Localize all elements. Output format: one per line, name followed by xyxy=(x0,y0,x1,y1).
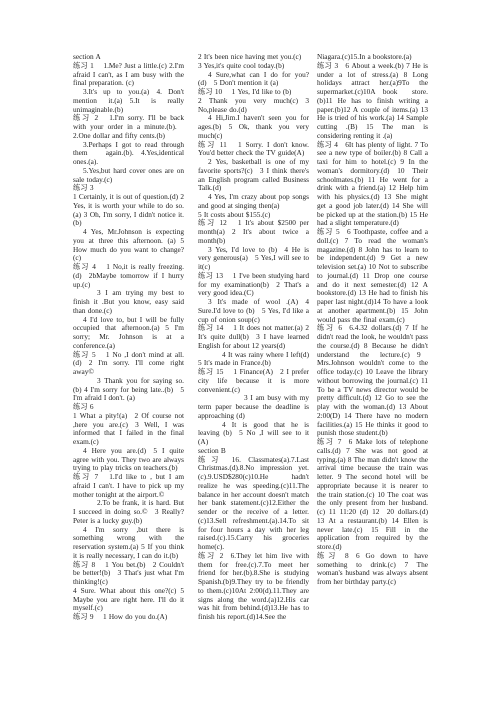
answer-paragraph: 4 Here you are.(d) 5 I quite agree with … xyxy=(73,447,184,473)
column-left: section A 练习 1 1.Me? Just a little.(c) 2… xyxy=(73,53,184,622)
answer-paragraph: 4 Sure. What about this one?(c) 5 Maybe … xyxy=(73,587,184,613)
answer-paragraph: 4 I'm sorry ,but there is something wron… xyxy=(73,526,184,561)
answer-paragraph: 4 Hi,Jim.I haven't seen you for ages.(b)… xyxy=(198,114,309,140)
answer-paragraph: 练习 14 1 It does not matter.(a) 2 It's qu… xyxy=(198,324,309,350)
answer-paragraph: 1 Certainly, it is out of question.(d) 2… xyxy=(73,193,184,228)
answer-paragraph: 2 Yes, basketball is one of my favorite … xyxy=(198,158,309,193)
answer-paragraph: 练习 2 6.They let him live with them for f… xyxy=(198,552,309,622)
answer-paragraph: 练习 3 6 About a week.(b) 7 He is under a … xyxy=(317,62,428,141)
column-middle: 2 It's been nice having met you.(c) 3 Ye… xyxy=(198,53,309,622)
answer-paragraph: 3 Yes, I'd love to (b) 4 He is very gene… xyxy=(198,246,309,272)
answer-paragraph: 3.Perhaps I got to read through them aga… xyxy=(73,141,184,167)
answer-paragraph: 练习 4 1 No,it is really freezing.(d) 2bMa… xyxy=(73,263,184,289)
answer-paragraph: 练习 5 1 No ,I don't mind at all.(d) 2 I'm… xyxy=(73,351,184,377)
answer-paragraph: 3.It's up to you.(a) 4. Don't mention it… xyxy=(73,88,184,114)
answer-paragraph: 练习 7 6 Make lots of telephone calls.(d) … xyxy=(317,438,428,552)
answer-paragraph: 练习 11 1 Sorry. I don't know. You'd bette… xyxy=(198,141,309,159)
answer-paragraph: 4 I'd love to, but I will be fully occup… xyxy=(73,316,184,351)
answer-paragraph: 练习 6 6.4.32 dollars.(d) 7 If he didn't r… xyxy=(317,324,428,438)
answer-paragraph: 练习 8 1 You bet.(b) 2 Couldn't be better!… xyxy=(73,561,184,587)
answer-paragraph: 4 Yes, Mr.Johnson is expecting you at th… xyxy=(73,228,184,263)
answer-paragraph: 练习 16. Classmates(a).7.Last Christmas.(d… xyxy=(198,456,309,552)
answer-paragraph: 练习 12 1 It's about $2500 per month(a) 2 … xyxy=(198,219,309,245)
answer-paragraph: 3 It's made of wool .(A) 4 Sure.I'd love… xyxy=(198,298,309,324)
answer-paragraph: 3 Thank you for saying so.(b) 4 I'm sorr… xyxy=(73,377,184,403)
answer-paragraph: 4 Sure,what can I do for you?(d) 5 Don't… xyxy=(198,71,309,89)
answer-paragraph: 2.To be frank, it is hard. But I succeed… xyxy=(73,499,184,525)
answer-paragraph: 练习 8 6 Go down to have something to drin… xyxy=(317,552,428,587)
answer-paragraph: 练习 15 1 Finance(A) 2 I prefer city life … xyxy=(198,368,309,394)
answer-paragraph: 练习 7 1.I'd like to , but I am afraid I c… xyxy=(73,473,184,499)
answer-paragraph: 练习 9 1 How do you do.(A) xyxy=(73,613,184,622)
answer-paragraph: 5.Yes,but hard cover ones are on sale to… xyxy=(73,167,184,185)
column-right: Niagara.(c)15.In a bookstore.(a) 练习 3 6 … xyxy=(317,53,428,587)
answer-paragraph: 练习 13 1 I've been studying hard for my e… xyxy=(198,272,309,298)
answer-paragraph: 4 It was rainy where I left(d) 5 It's ma… xyxy=(198,351,309,369)
answer-paragraph: 练习 5 6 Toothpaste, coffee and a doll.(c)… xyxy=(317,228,428,324)
answer-paragraph: 练习 4 6It has plenty of light. 7 To see a… xyxy=(317,141,428,229)
answer-paragraph: 4 It is good that he is leaving (b) 5 No… xyxy=(198,421,309,447)
answer-paragraph: 1 What a pity!(a) 2 Of course not ,here … xyxy=(73,412,184,447)
answer-paragraph: 2 Thank you very much(c) 3 No,please do.… xyxy=(198,97,309,115)
answer-paragraph: 3 I am busy with my term paper because t… xyxy=(198,394,309,420)
answer-paragraph: 练习 1 1.Me? Just a little.(c) 2.I'm afrai… xyxy=(73,62,184,88)
answer-key-document: section A 练习 1 1.Me? Just a little.(c) 2… xyxy=(0,0,496,702)
answer-paragraph: 4 Yes, I'm crazy about pop songs and goo… xyxy=(198,193,309,211)
answer-paragraph: 练习 2 1.I'm sorry. I'll be back with your… xyxy=(73,114,184,140)
answer-paragraph: 3 I am trying my best to finish it .But … xyxy=(73,289,184,315)
